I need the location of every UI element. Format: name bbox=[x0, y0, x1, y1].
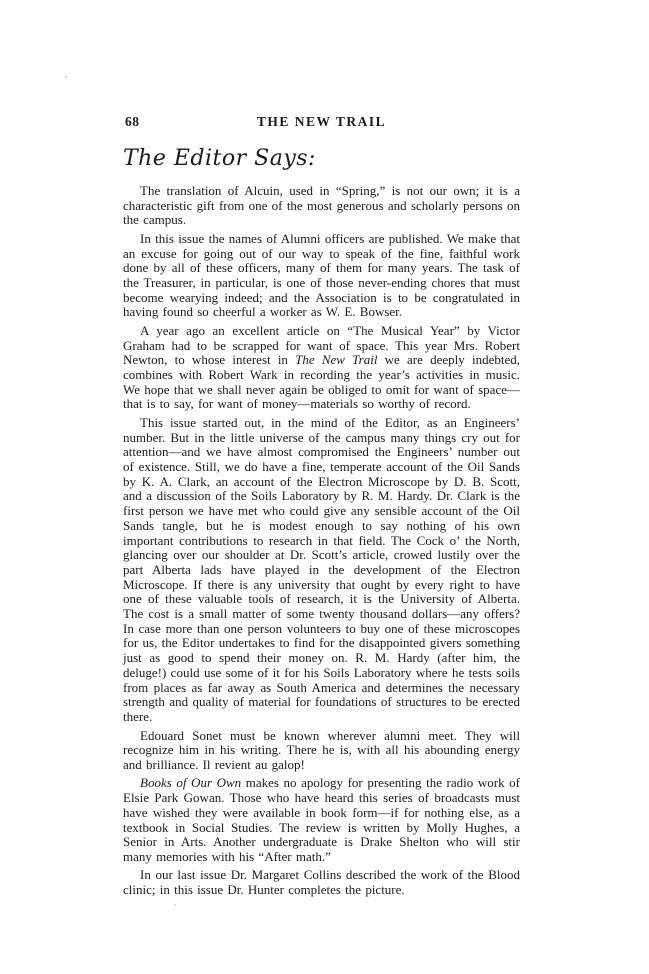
body-text-segment: In our last issue Dr. Margaret Collins d… bbox=[123, 867, 520, 897]
ink-speck bbox=[174, 904, 176, 906]
journal-title: THE NEW TRAIL bbox=[123, 114, 520, 129]
section-title: The Editor Says: bbox=[123, 146, 520, 172]
paragraph: Edouard Sonet must be known wherever alu… bbox=[123, 729, 520, 773]
paragraph: The translation of Alcuin, used in “Spri… bbox=[123, 184, 520, 228]
magazine-page: 68 THE NEW TRAIL The Editor Says: The tr… bbox=[0, 0, 649, 974]
paragraph: In our last issue Dr. Margaret Collins d… bbox=[123, 868, 520, 897]
paragraph: A year ago an excellent article on “The … bbox=[123, 324, 520, 412]
page-number: 68 bbox=[125, 114, 140, 129]
body-text-segment: In this issue the names of Alumni office… bbox=[123, 231, 520, 320]
running-head: 68 THE NEW TRAIL bbox=[123, 114, 520, 129]
paragraph: In this issue the names of Alumni office… bbox=[123, 232, 520, 320]
paragraph: Books of Our Own makes no apology for pr… bbox=[123, 776, 520, 864]
body-text-segment: Edouard Sonet must be known wherever alu… bbox=[123, 728, 520, 772]
page-content: 68 THE NEW TRAIL The Editor Says: The tr… bbox=[123, 114, 520, 902]
italic-text: The New Trail bbox=[295, 352, 377, 367]
paragraph: This issue started out, in the mind of t… bbox=[123, 416, 520, 725]
article-body: The translation of Alcuin, used in “Spri… bbox=[123, 184, 520, 898]
body-text-segment: This issue started out, in the mind of t… bbox=[123, 415, 520, 724]
italic-text: Books of Our Own bbox=[140, 775, 241, 790]
ink-speck bbox=[65, 76, 67, 78]
body-text-segment: The translation of Alcuin, used in “Spri… bbox=[123, 183, 520, 227]
